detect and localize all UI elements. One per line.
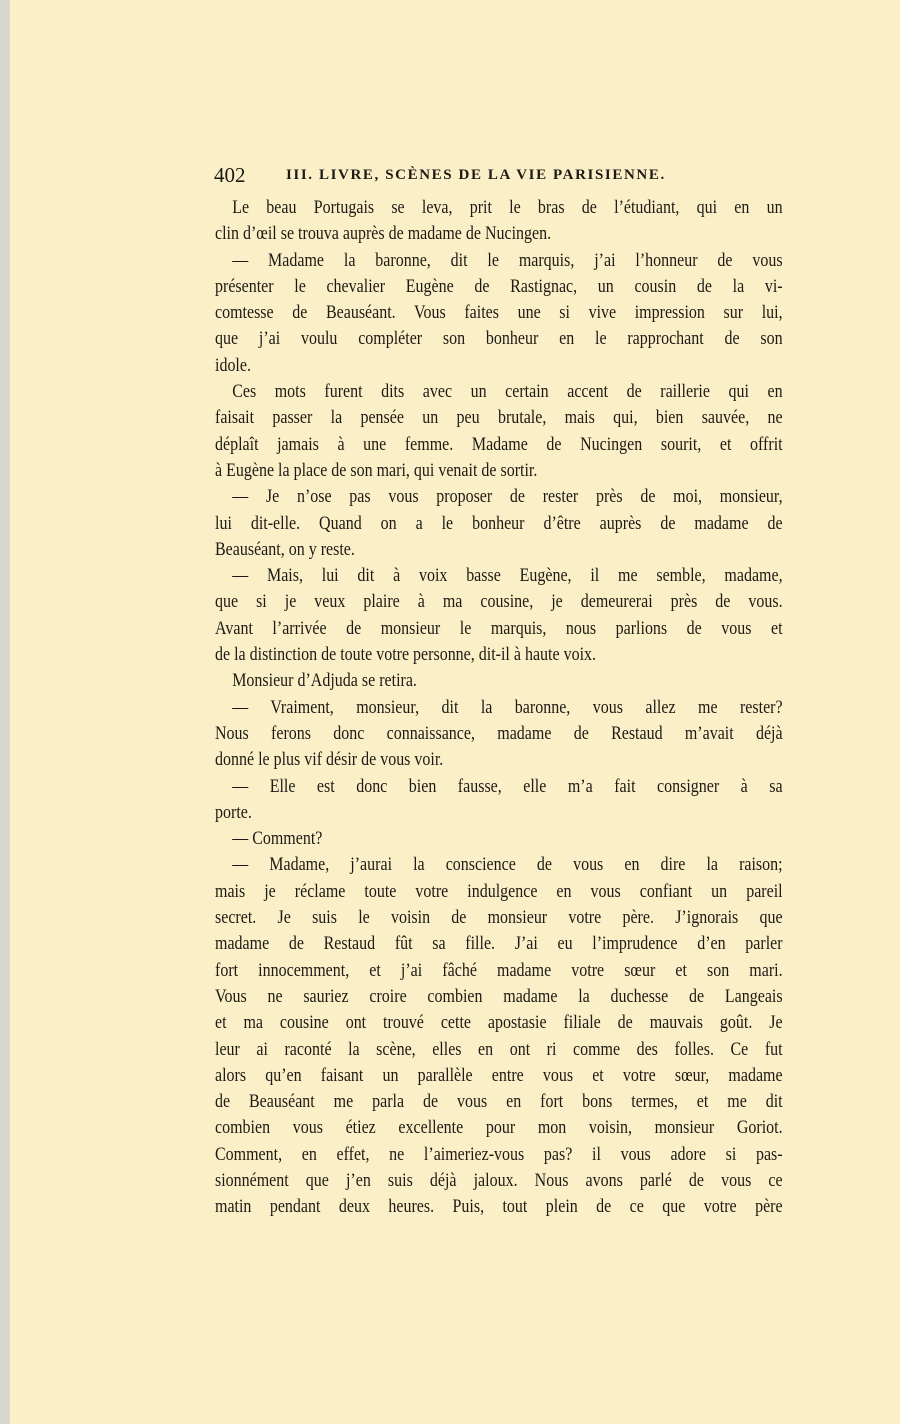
text-line: leur ai raconté la scène, elles en ont r… <box>215 1037 783 1063</box>
text-line: alors qu’en faisant un parallèle entre v… <box>215 1063 783 1089</box>
text-line: Avant l’arrivée de monsieur le marquis, … <box>215 616 783 642</box>
text-line: que j’ai voulu compléter son bonheur en … <box>215 326 783 352</box>
text-line: que si je veux plaire à ma cousine, je d… <box>215 589 783 615</box>
text-line: Beauséant, on y reste. <box>215 537 783 563</box>
text-line: lui dit-elle. Quand on a le bonheur d’êt… <box>215 511 783 537</box>
text-line: — Vraiment, monsieur, dit la baronne, vo… <box>215 695 783 721</box>
text-line: combien vous étiez excellente pour mon v… <box>215 1115 783 1141</box>
text-line: — Madame la baronne, dit le marquis, j’a… <box>215 248 783 274</box>
text-line: présenter le chevalier Eugène de Rastign… <box>215 274 783 300</box>
scan-edge <box>0 0 10 1424</box>
text-line: faisait passer la pensée un peu brutale,… <box>215 405 783 431</box>
running-head: III. LIVRE, SCÈNES DE LA VIE PARISIENNE. <box>286 167 666 184</box>
text-line: madame de Restaud fût sa fille. J’ai eu … <box>215 931 783 957</box>
page-number: 402 <box>214 163 246 188</box>
text-line: Ces mots furent dits avec un certain acc… <box>215 379 783 405</box>
text-line: — Madame, j’aurai la conscience de vous … <box>215 852 783 878</box>
text-line: sionnément que j’en suis déjà jaloux. No… <box>215 1168 783 1194</box>
text-line: matin pendant deux heures. Puis, tout pl… <box>215 1194 783 1220</box>
text-line: — Mais, lui dit à voix basse Eugène, il … <box>215 563 783 589</box>
text-line: Nous ferons donc connaissance, madame de… <box>215 721 783 747</box>
text-line: — Comment? <box>215 826 783 852</box>
text-line: Le beau Portugais se leva, prit le bras … <box>215 195 783 221</box>
page-header: 402 III. LIVRE, SCÈNES DE LA VIE PARISIE… <box>214 163 784 191</box>
text-line: idole. <box>215 353 783 379</box>
text-line: de la distinction de toute votre personn… <box>215 642 783 668</box>
text-line: Monsieur d’Adjuda se retira. <box>215 668 783 694</box>
text-line: porte. <box>215 800 783 826</box>
text-line: fort innocemment, et j’ai fâché madame v… <box>215 958 783 984</box>
text-line: comtesse de Beauséant. Vous faites une s… <box>215 300 783 326</box>
text-line: de Beauséant me parla de vous en fort bo… <box>215 1089 783 1115</box>
text-line: — Je n’ose pas vous proposer de rester p… <box>215 484 783 510</box>
text-line: déplaît jamais à une femme. Madame de Nu… <box>215 432 783 458</box>
text-line: — Elle est donc bien fausse, elle m’a fa… <box>215 774 783 800</box>
text-line: clin d’œil se trouva auprès de madame de… <box>215 221 783 247</box>
text-line: Vous ne sauriez croire combien madame la… <box>215 984 783 1010</box>
text-line: mais je réclame toute votre indulgence e… <box>215 879 783 905</box>
text-line: à Eugène la place de son mari, qui venai… <box>215 458 783 484</box>
text-line: et ma cousine ont trouvé cette apostasie… <box>215 1010 783 1036</box>
body-text: Le beau Portugais se leva, prit le bras … <box>215 195 783 1221</box>
text-line: donné le plus vif désir de vous voir. <box>215 747 783 773</box>
text-line: secret. Je suis le voisin de monsieur vo… <box>215 905 783 931</box>
text-line: Comment, en effet, ne l’aimeriez-vous pa… <box>215 1142 783 1168</box>
